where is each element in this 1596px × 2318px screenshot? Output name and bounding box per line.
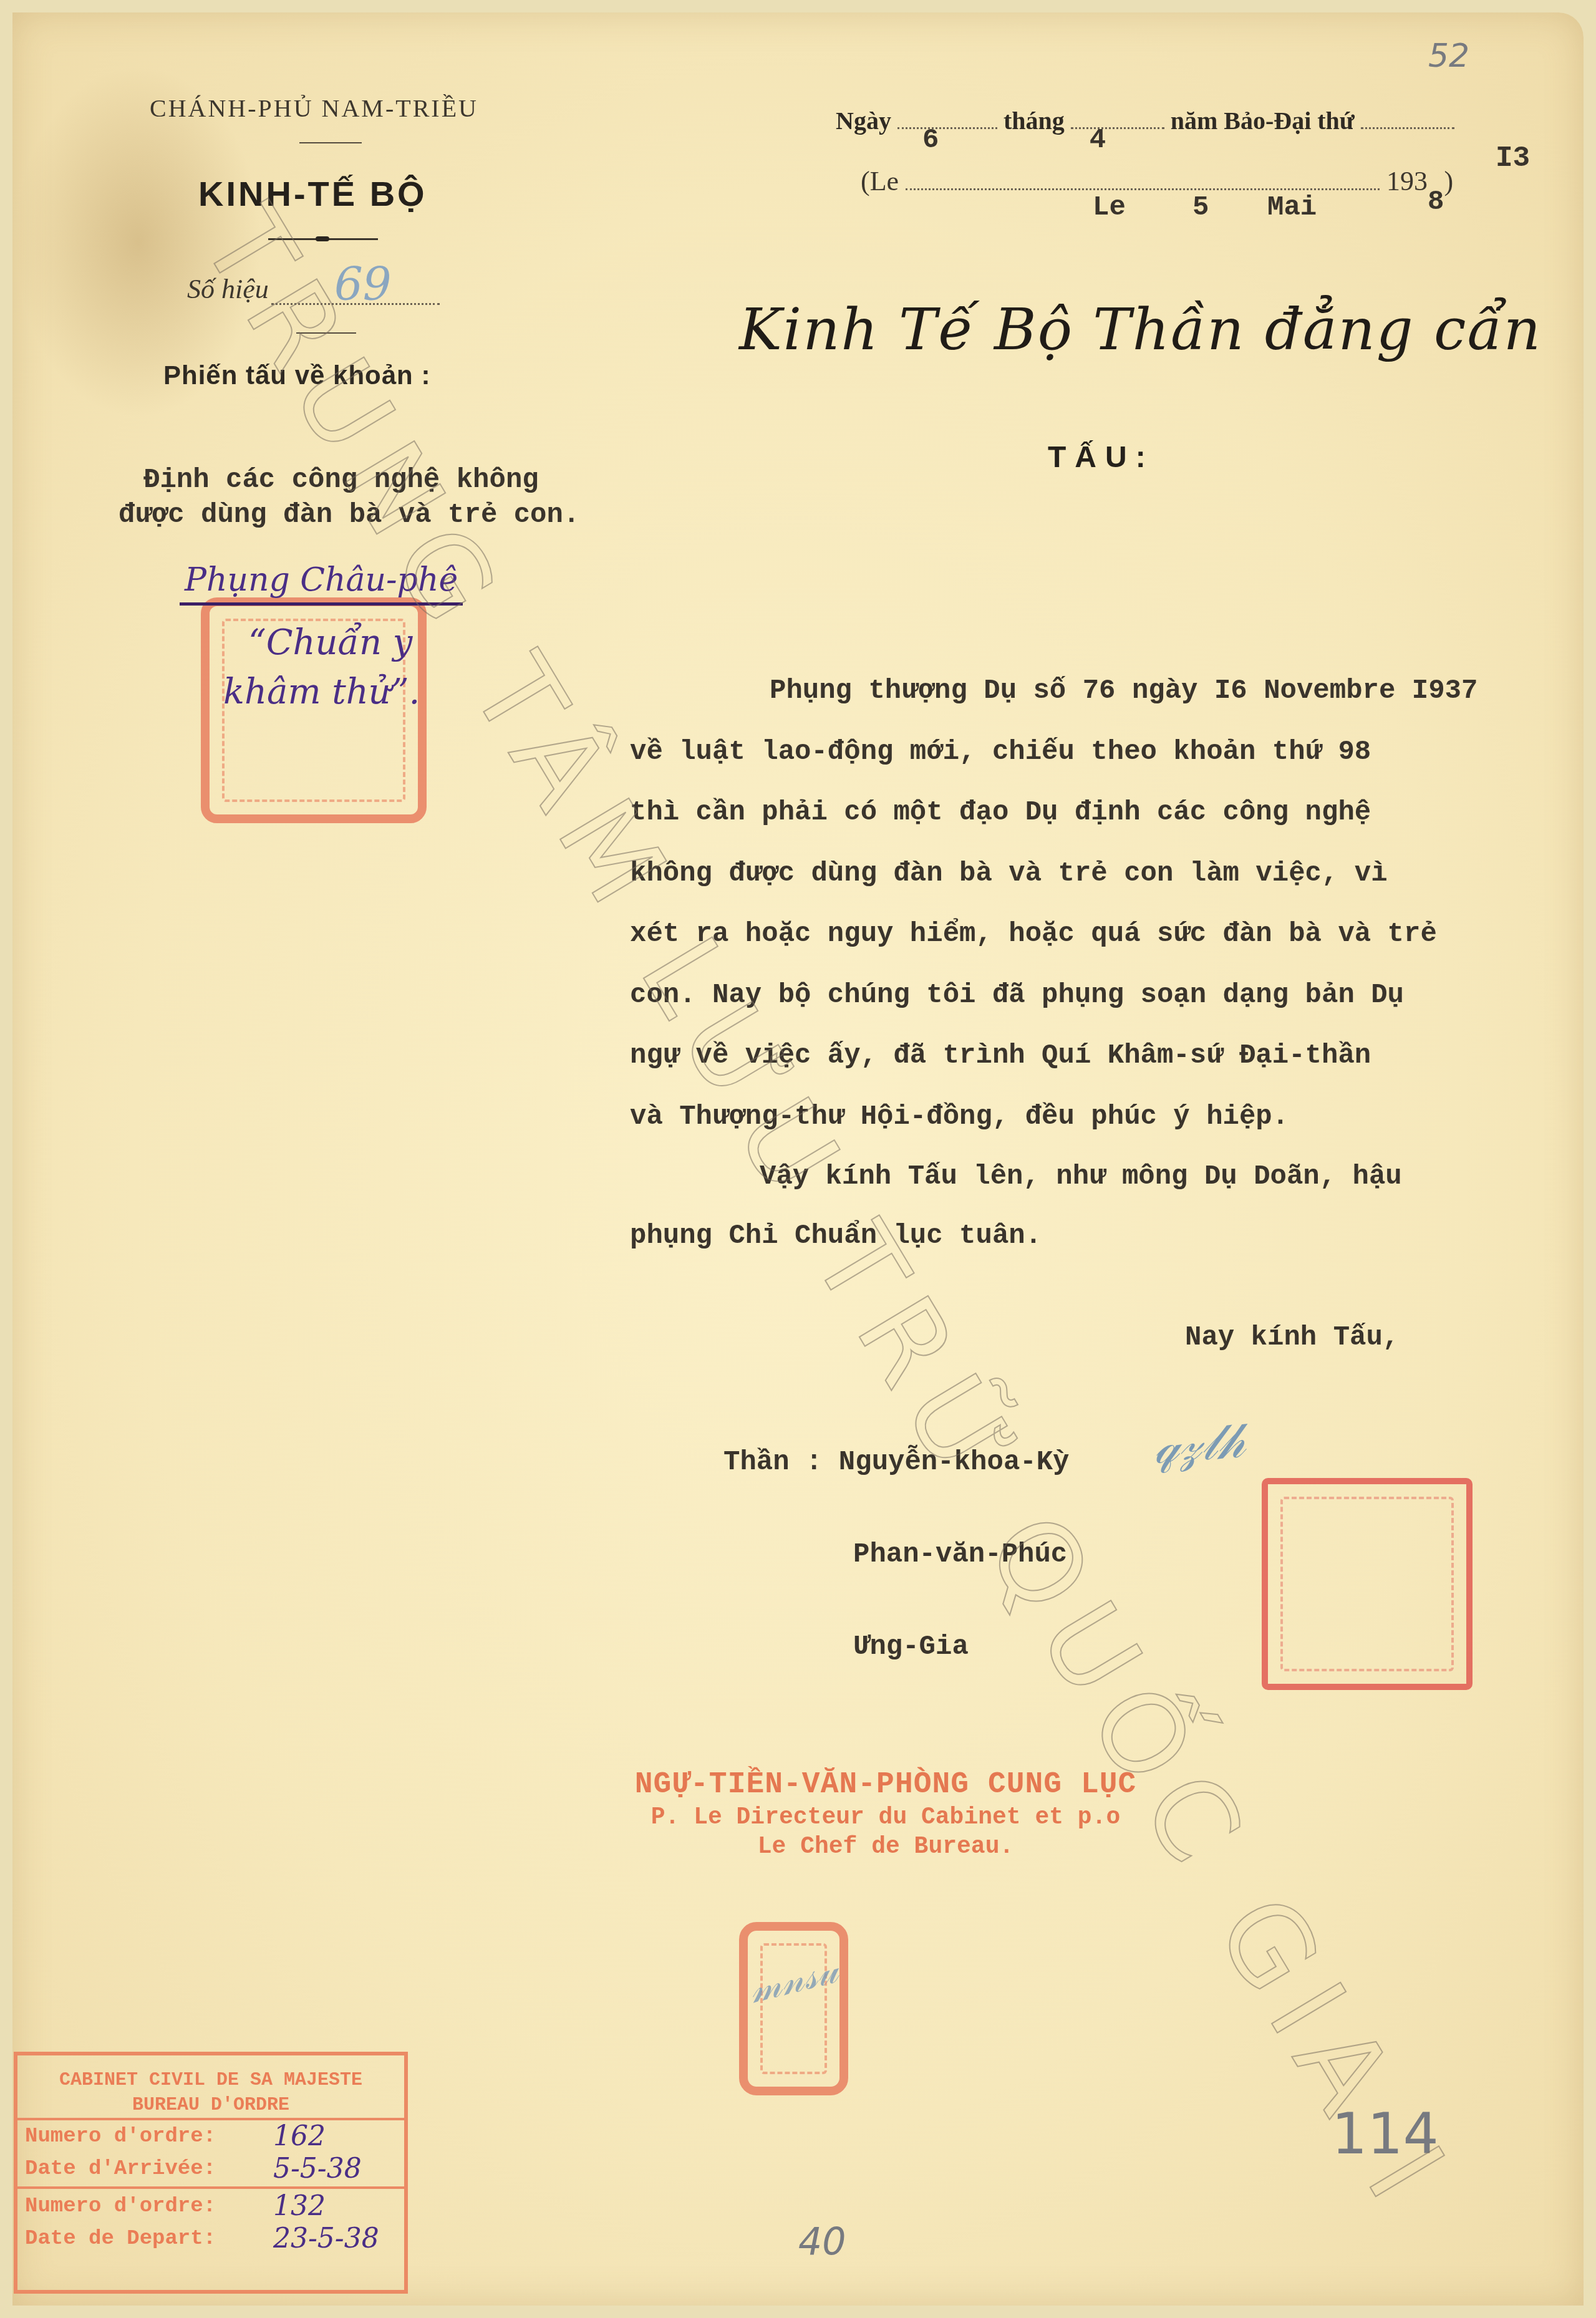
body-line: Phụng thượng Dụ số 76 ngày I6 Novembre I… xyxy=(630,661,1578,722)
tau-heading: TẤU: xyxy=(1048,440,1154,475)
imperial-annotation: Phụng Châu-phê “Chuẩn y khâm thử”. xyxy=(180,561,463,712)
registry-stamp: CABINET CIVIL DE SA MAJESTE BUREAU D'ORD… xyxy=(14,2052,408,2294)
date-line: Ngày 6 tháng 4 năm Bảo-Đại thứ xyxy=(836,106,1454,135)
divider xyxy=(296,332,356,334)
body-line: con. Nay bộ chúng tôi đã phụng soạn dạng… xyxy=(630,965,1578,1026)
script-title: Kinh Tế Bộ Thần đẳng cẩn xyxy=(739,296,1542,363)
archive-page-number: 40 xyxy=(798,2220,846,2264)
office-stamp-line: Le Chef de Bureau. xyxy=(617,1833,1154,1860)
registry-row: Date d'Arrivée:5-5-38 xyxy=(17,2153,404,2185)
office-stamp-line: NGỰ-TIỀN-VĂN-PHÒNG CUNG LỤC xyxy=(617,1768,1154,1802)
date-day-field: 6 xyxy=(897,109,997,129)
archive-page-number: 52 xyxy=(1428,37,1469,75)
body-line: xét ra hoặc nguy hiểm, hoặc quá sức đàn … xyxy=(630,904,1578,965)
french-date-line: (Le Le 5 Mai 1938) xyxy=(861,165,1453,199)
signatory-label: Thần : xyxy=(723,1447,822,1478)
subject-label: Phiến tấu về khoản : xyxy=(163,360,430,390)
annotation-line: khâm thử”. xyxy=(223,672,463,712)
body-line: Vậy kính Tấu lên, như mông Dụ Doãn, hậu xyxy=(630,1147,1578,1206)
reference-value: 69 xyxy=(334,258,392,311)
subject-line: được dùng đàn bà và trẻ con. xyxy=(118,498,579,533)
government-heading: CHÁNH-PHỦ NAM-TRIỀU xyxy=(150,94,478,123)
date-year-label: năm Bảo-Đại thứ xyxy=(1171,106,1355,135)
divider xyxy=(17,2186,404,2189)
registry-row: Numero d'ordre:162 xyxy=(17,2120,404,2153)
body-line: không được dùng đàn bà và trẻ con làm vi… xyxy=(630,844,1578,905)
french-date-field: Le 5 Mai xyxy=(906,170,1380,190)
body-line: thì cần phải có một đạo Dụ định các công… xyxy=(630,783,1578,844)
handwritten-signature: 𝓆𝓏𝓁𝒽 xyxy=(1152,1413,1247,1475)
body-line: phụng Chỉ Chuẩn lục tuân. xyxy=(630,1206,1578,1267)
date-day-label: Ngày xyxy=(836,106,891,135)
ministry-heading: KINH-TẾ BỘ xyxy=(198,173,427,214)
ornamental-divider xyxy=(268,238,378,240)
reign-year: I3 xyxy=(1496,142,1530,175)
divider xyxy=(299,142,362,143)
body-line: ngự về việc ấy, đã trình Quí Khâm-sứ Đại… xyxy=(630,1026,1578,1087)
subject-text: Định các công nghệ không được dùng đàn b… xyxy=(118,463,579,533)
office-stamp-text: NGỰ-TIỀN-VĂN-PHÒNG CUNG LỤC P. Le Direct… xyxy=(617,1768,1154,1860)
body-line: và Thượng-thư Hội-đồng, đều phúc ý hiệp. xyxy=(630,1087,1578,1148)
body-line: về luật lao-động mới, chiếu theo khoản t… xyxy=(630,722,1578,783)
document-body: Phụng thượng Dụ số 76 ngày I6 Novembre I… xyxy=(630,661,1578,1267)
archive-folio-number: 114 xyxy=(1332,2102,1439,2167)
ministry-seal-stamp xyxy=(1262,1478,1473,1690)
office-stamp-line: P. Le Directeur du Cabinet et p.o xyxy=(617,1804,1154,1831)
closing-line: Nay kính Tấu, xyxy=(1185,1322,1399,1353)
annotation-line: Phụng Châu-phê xyxy=(180,561,463,606)
signatory-name: Ưng-Gia xyxy=(723,1631,1070,1724)
signatory-name: Nguyễn-khoa-Kỳ xyxy=(839,1447,1070,1478)
reference-label: Số hiệu xyxy=(187,274,269,304)
registry-header: CABINET CIVIL DE SA MAJESTE BUREAU D'ORD… xyxy=(17,2055,404,2120)
registry-row: Numero d'ordre:132 xyxy=(17,2190,404,2223)
signatory-name: Phan-văn-Phúc xyxy=(723,1539,1070,1631)
reference-number-field: Số hiệu 69 xyxy=(187,273,440,305)
registry-row: Date de Depart:23-5-38 xyxy=(17,2223,404,2255)
signatories: Thần : Nguyễn-khoa-Kỳ Phan-văn-Phúc Ưng-… xyxy=(723,1447,1070,1724)
date-month-label: tháng xyxy=(1004,106,1065,135)
subject-line: Định các công nghệ không xyxy=(118,463,579,498)
date-year-field xyxy=(1361,109,1454,129)
annotation-line: “Chuẩn y xyxy=(248,622,463,663)
date-month-field: 4 xyxy=(1071,109,1164,129)
